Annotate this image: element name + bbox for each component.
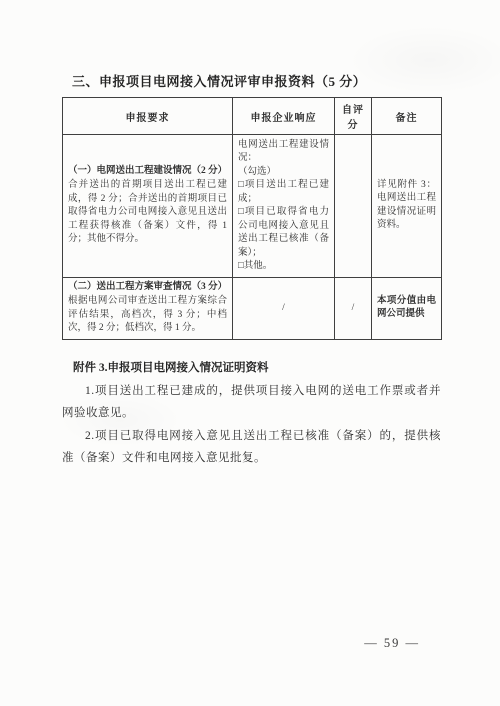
page-content: 三、申报项目电网接入情况评审申报资料（5 分） 申报要求 申报企业响应 自评分 … [62, 71, 441, 470]
attachment-heading: 附件 3.申报项目电网接入情况证明资料 [73, 357, 441, 379]
requirement-cell: （一）电网送出工程建设情况（2 分） 合并送出的首期项目送出工程已建成，得 2 … [63, 135, 233, 278]
response-option-built: □项目送出工程已建成； [238, 179, 329, 206]
response-cell: / [233, 277, 335, 339]
requirement-heading: （二）送出工程方案审查情况（3 分） [68, 281, 227, 294]
review-table: 申报要求 申报企业响应 自评分 备注 （一）电网送出工程建设情况（2 分） 合并… [62, 97, 442, 340]
self-score-cell [335, 135, 372, 278]
column-header-remark: 备注 [372, 98, 442, 135]
column-header-requirement: 申报要求 [63, 98, 233, 135]
table-row-plan-review: （二）送出工程方案审查情况（3 分） 根据电网公司审查送出工程方案综合评估结果，… [63, 277, 442, 339]
remark-cell: 本项分值由电网公司提供 [372, 277, 442, 339]
remark-cell: 详见附件 3：电网送出工程建设情况证明资料。 [372, 135, 442, 278]
requirement-cell: （二）送出工程方案审查情况（3 分） 根据电网公司审查送出工程方案综合评估结果，… [63, 277, 233, 339]
column-header-self-score: 自评分 [335, 98, 372, 135]
table-header-row: 申报要求 申报企业响应 自评分 备注 [63, 98, 442, 135]
response-option-other: □其他。 [238, 260, 329, 273]
table-row-grid-construction: （一）电网送出工程建设情况（2 分） 合并送出的首期项目送出工程已建成，得 2 … [63, 135, 442, 278]
response-intro-note: （勾选） [238, 166, 329, 179]
page-number: — 59 — [364, 636, 420, 651]
attachment-section: 附件 3.申报项目电网接入情况证明资料 1.项目送出工程已建成的，提供项目接入电… [62, 357, 441, 470]
requirement-heading: （一）电网送出工程建设情况（2 分） [68, 165, 227, 178]
section-title: 三、申报项目电网接入情况评审申报资料（5 分） [72, 71, 441, 90]
requirement-body: 根据电网公司审查送出工程方案综合评估结果，高档次，得 3 分；中档次，得 2 分… [68, 295, 227, 335]
response-cell: 电网送出工程建设情况： （勾选） □项目送出工程已建成； □项目已取得省电力公司… [233, 135, 335, 278]
response-option-approved: □项目已取得省电力公司电网接入意见且送出工程已核准（备案）； [238, 206, 329, 260]
response-intro: 电网送出工程建设情况： [238, 139, 329, 166]
requirement-body: 合并送出的首期项目送出工程已建成，得 2 分；合并送出的首期项目已取得省电力公司… [68, 179, 227, 246]
self-score-cell: / [335, 277, 372, 339]
column-header-response: 申报企业响应 [233, 98, 335, 135]
document-page: 三、申报项目电网接入情况评审申报资料（5 分） 申报要求 申报企业响应 自评分 … [0, 0, 500, 706]
attachment-paragraph-1: 1.项目送出工程已建成的，提供项目接入电网的送电工作票或者并网验收意见。 [62, 380, 441, 425]
attachment-paragraph-2: 2.项目已取得电网接入意见且送出工程已核准（备案）的，提供核准（备案）文件和电网… [62, 425, 441, 470]
